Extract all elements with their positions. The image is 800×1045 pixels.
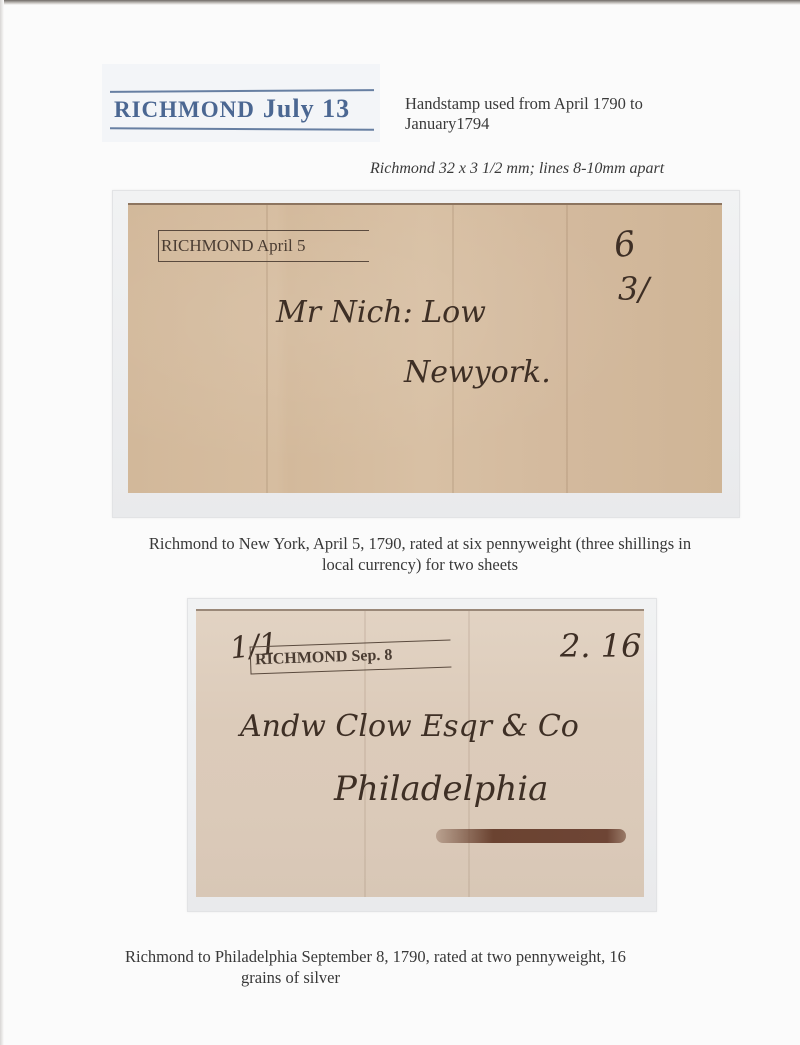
address-city: Newyork.	[404, 355, 551, 390]
rate-six: 6	[611, 224, 638, 267]
rate-three-shillings: 3/	[618, 270, 649, 308]
handstamp-town: RICHMOND	[114, 97, 255, 122]
handstamp-bottom-line	[110, 127, 374, 130]
handstamp-tracing: RICHMONDJuly 13	[102, 64, 380, 142]
handstamp-text: RICHMONDJuly 13	[114, 94, 350, 124]
ink-underline	[436, 829, 626, 843]
cover-caption-1: Richmond to New York, April 5, 1790, rat…	[100, 533, 740, 575]
caption-line: grains of silver	[125, 967, 705, 988]
cover-caption-2: Richmond to Philadelphia September 8, 17…	[125, 946, 705, 988]
fold-line	[566, 205, 568, 493]
fold-line	[468, 611, 470, 897]
postmark-town: RICHMOND	[255, 648, 348, 668]
fold-line	[452, 205, 454, 493]
caption-line: local currency) for two sheets	[322, 555, 518, 574]
address-name: Andw Clow Esqr & Co	[240, 709, 579, 744]
postmark-town: RICHMOND	[161, 236, 254, 255]
caption-line: Richmond to New York, April 5, 1790, rat…	[149, 534, 691, 553]
scan-top-edge	[0, 0, 800, 5]
scan-left-edge	[0, 0, 4, 1045]
richmond-postmark: RICHMOND April 5	[158, 230, 369, 262]
postmark-date: April 5	[257, 236, 306, 255]
cover-new-york: RICHMOND April 5 6 3/ Mr Nich: Low Newyo…	[128, 203, 722, 493]
cover-philadelphia: 1/1 RICHMOND Sep. 8 2. 16 Andw Clow Esqr…	[196, 609, 644, 897]
handstamp-date: July 13	[263, 94, 350, 123]
caption-line: Richmond to Philadelphia September 8, 17…	[125, 947, 626, 966]
richmond-postmark: RICHMOND Sep. 8	[250, 640, 452, 675]
rate-two-sixteen: 2. 16	[560, 627, 641, 665]
postmark-date: Sep. 8	[351, 647, 392, 665]
address-name: Mr Nich: Low	[276, 295, 486, 330]
address-city: Philadelphia	[334, 769, 548, 809]
usage-period-text: Handstamp used from April 1790 to Januar…	[405, 94, 725, 134]
dimensions-text: Richmond 32 x 3 1/2 mm; lines 8-10mm apa…	[370, 160, 664, 178]
handstamp-top-line	[110, 89, 374, 93]
